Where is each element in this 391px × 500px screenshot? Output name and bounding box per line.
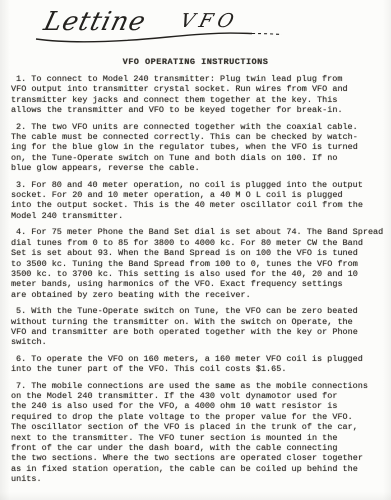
text-line: transmitter key jacks and connect them t…: [11, 95, 387, 106]
text-line: as in fixed station operation, the cable…: [11, 464, 387, 475]
text-line: allows the transmitter and VFO to be key…: [11, 105, 387, 116]
scanned-document-page: Lettine VFO VFO OPERATING INSTRUCTIONS 1…: [0, 0, 391, 500]
text-line: Model 240 transmitter.: [11, 211, 387, 222]
text-line: 4. For 75 meter Phone the Band Set dial …: [11, 227, 387, 238]
text-line: 3500 kc. to 3700 kc. This setting is als…: [11, 269, 387, 280]
text-line: on the Model 240 transmitter. If the 430…: [11, 391, 387, 402]
text-line: meter bands, using harmonics of the VFO.…: [11, 279, 387, 290]
text-line: to 3500 kc. Tuning the Band Spread from …: [11, 258, 387, 269]
paragraph-5: 5. With the Tune-Operate switch on Tune,…: [11, 306, 387, 348]
paragraph-4: 4. For 75 meter Phone the Band Set dial …: [11, 227, 387, 300]
text-line: VFO output into transmitter crystal sock…: [11, 84, 387, 95]
text-line: blue glow appears, reverse the cable.: [11, 163, 387, 174]
text-line: VFO and transmitter are both operated to…: [11, 327, 387, 338]
text-line: into the tuner part of the VFO. This coi…: [11, 364, 387, 375]
text-line: units.: [11, 474, 387, 485]
text-line: 5. With the Tune-Operate switch on Tune,…: [11, 306, 387, 317]
text-line: are obtained by zero beating with the re…: [11, 290, 387, 301]
paragraph-6: 6. To operate the VFO on 160 meters, a 1…: [11, 354, 387, 375]
text-line: required to drop the plate voltage to th…: [11, 412, 387, 423]
text-line: the two sections. Where the two sections…: [11, 453, 387, 464]
paragraph-3: 3. For 80 and 40 meter operation, no coi…: [11, 180, 387, 222]
text-line: The oscillator section of the VFO is pla…: [11, 422, 387, 433]
paragraph-7: 7. The mobile connections are used the s…: [11, 381, 387, 485]
text-line: without turning the transmitter on. With…: [11, 316, 387, 327]
handwritten-brand-text: Lettine: [40, 6, 150, 37]
text-line: 6. To operate the VFO on 160 meters, a 1…: [11, 354, 387, 365]
paragraph-1: 1. To connect to Model 240 transmitter: …: [11, 74, 387, 116]
text-line: into the output socket. This is the 40 m…: [11, 200, 387, 211]
text-line: ing for the blue glow in the regulator t…: [11, 142, 387, 153]
text-line: dial tunes from 0 to 85 for 3800 to 4000…: [11, 238, 387, 249]
document-heading: VFO OPERATING INSTRUCTIONS: [0, 57, 391, 67]
text-line: on, the Tune-Operate switch on Tune and …: [11, 153, 387, 164]
handwritten-title: Lettine VFO: [28, 0, 298, 52]
text-line: 2. The two VFO units are connected toget…: [11, 122, 387, 133]
text-line: next to the transmitter. The VFO tuner s…: [11, 432, 387, 443]
text-line: the 240 is also used for the VFO, a 4000…: [11, 401, 387, 412]
text-line: switch.: [11, 337, 387, 348]
text-line: Set is set about 93. When the Band Sprea…: [11, 248, 387, 259]
text-line: 3. For 80 and 40 meter operation, no coi…: [11, 180, 387, 191]
document-body: 1. To connect to Model 240 transmitter: …: [11, 74, 387, 491]
handwritten-model-text: VFO: [178, 9, 241, 32]
handwriting-underline-tail: [252, 34, 282, 35]
paragraph-2: 2. The two VFO units are connected toget…: [11, 122, 387, 174]
text-line: 7. The mobile connections are used the s…: [11, 380, 387, 391]
